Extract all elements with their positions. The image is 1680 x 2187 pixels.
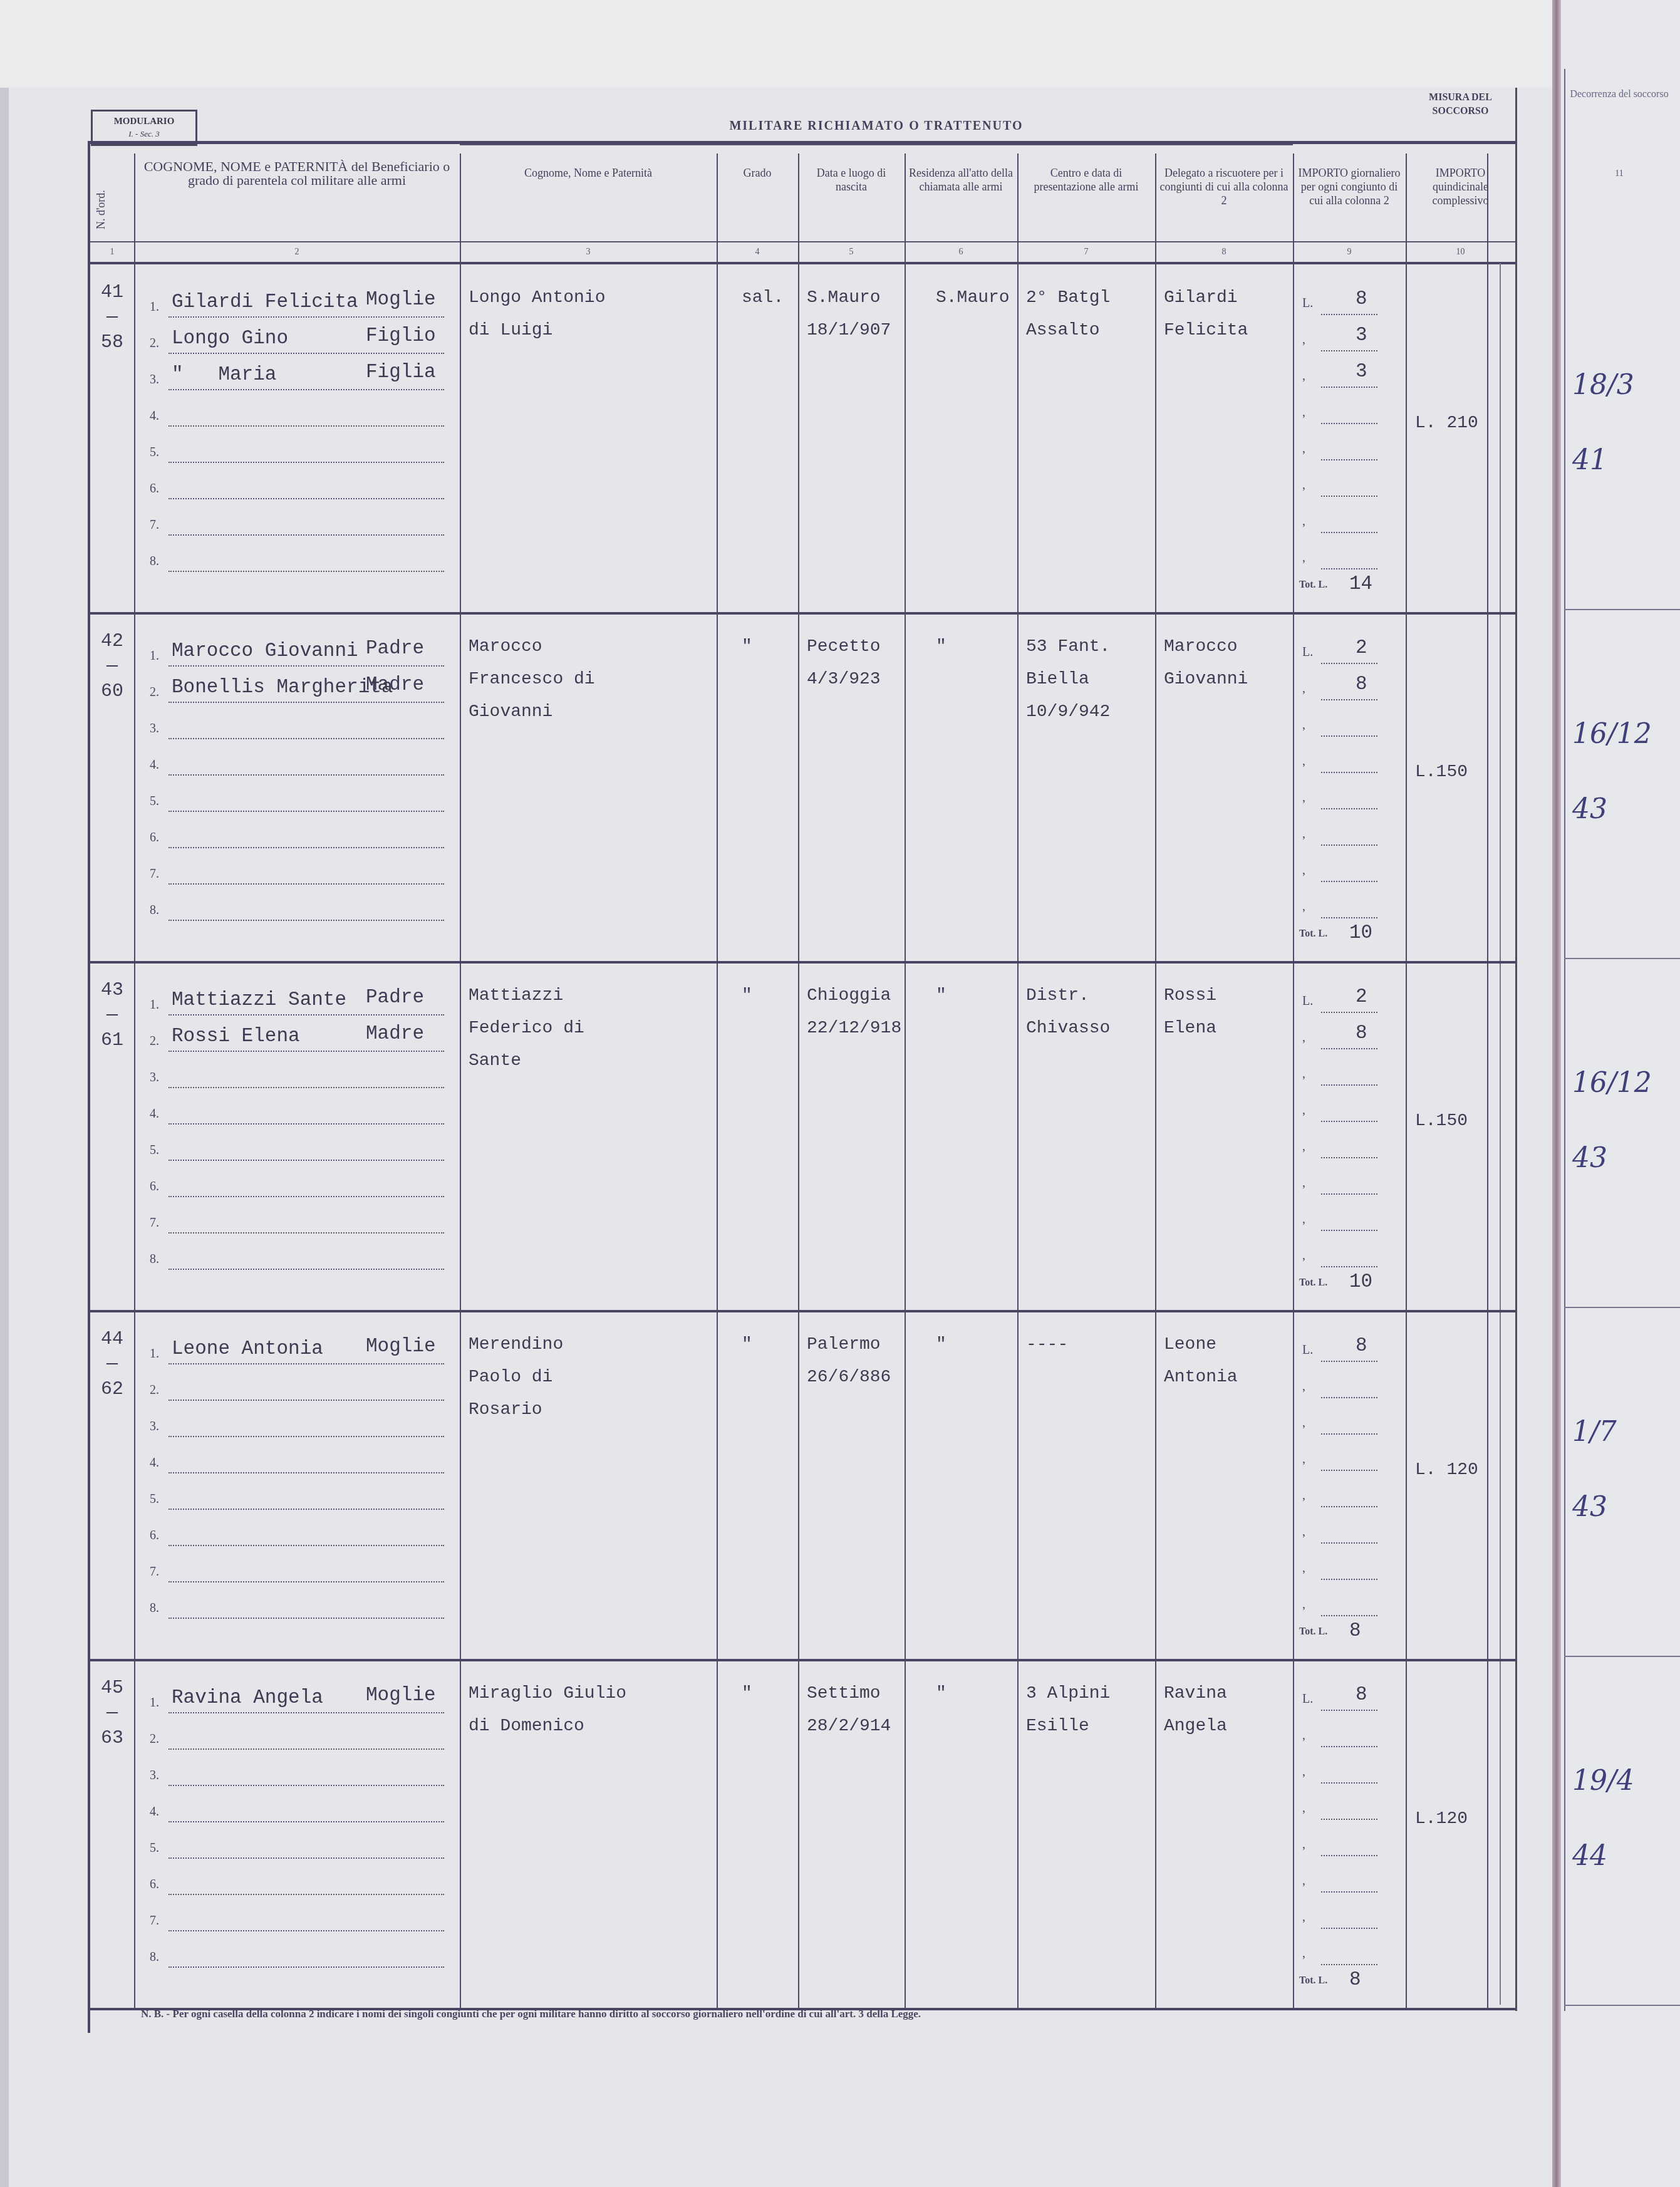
amount-line	[1321, 844, 1377, 846]
amount-line	[1321, 1048, 1377, 1049]
amount-bullet: ,	[1302, 1452, 1305, 1467]
record-dash: —	[93, 1354, 131, 1375]
column-number-1: 1	[90, 247, 134, 257]
beneficiary-line-number: 5.	[150, 1143, 159, 1158]
beneficiary-line	[169, 1472, 444, 1473]
amount-bullet: ,	[1302, 1801, 1305, 1816]
subcolumn-rule	[1500, 263, 1501, 2005]
amount-line	[1321, 423, 1377, 424]
daily-amount: 3	[1356, 325, 1367, 346]
daily-amount: 8	[1356, 1022, 1367, 1044]
beneficiary-line-number: 3.	[150, 722, 159, 736]
amount-bullet: ,	[1302, 442, 1305, 456]
beneficiary-name: Bonellis Margherita	[172, 677, 393, 699]
residence: S.Mauro	[936, 282, 1010, 314]
beneficiary-name: Gilardi Felicita	[172, 291, 358, 313]
beneficiary-line-number: 3.	[150, 1420, 159, 1434]
daily-total: 14	[1349, 573, 1372, 595]
amount-line	[1321, 808, 1377, 809]
delegate-name: Ravina Angela	[1164, 1678, 1227, 1743]
amount-bullet: ,	[1302, 1874, 1305, 1888]
amount-line	[1321, 1157, 1377, 1158]
beneficiary-name: Mattiazzi Sante	[172, 989, 346, 1011]
amount-bullet: L.	[1302, 1692, 1313, 1706]
amount-bullet: ,	[1302, 1176, 1305, 1190]
beneficiary-line	[169, 1232, 444, 1234]
amount-bullet: ,	[1302, 1561, 1305, 1576]
beneficiary-line	[169, 1269, 444, 1270]
amount-bullet: ,	[1302, 1597, 1305, 1612]
footnote: N. B. - Per ogni casella della colonna 2…	[141, 2008, 921, 2020]
column-rule	[1406, 153, 1407, 2008]
amount-bullet: ,	[1302, 1488, 1305, 1503]
beneficiary-line-number: 1.	[150, 1696, 159, 1710]
amount-bullet: ,	[1302, 1946, 1305, 1961]
beneficiary-line	[169, 811, 444, 812]
amount-bullet: ,	[1302, 1728, 1305, 1743]
amount-line	[1321, 1012, 1377, 1013]
column-number-9: 9	[1293, 247, 1406, 257]
amount-line	[1321, 772, 1377, 773]
column-number-7: 7	[1017, 247, 1155, 257]
beneficiary-line	[169, 774, 444, 776]
beneficiary-line-number: 2.	[150, 336, 159, 351]
right-page-divider	[1564, 958, 1680, 959]
amount-bullet: ,	[1302, 1765, 1305, 1779]
amount-bullet: ,	[1302, 900, 1305, 914]
amount-line	[1321, 1361, 1377, 1362]
amount-bullet: ,	[1302, 682, 1305, 696]
amount-line	[1321, 1928, 1377, 1929]
column-rule	[460, 153, 461, 2008]
amount-bullet: L.	[1302, 1343, 1313, 1358]
amount-line	[1321, 496, 1377, 497]
beneficiary-line-number: 3.	[150, 373, 159, 387]
column-rule	[1293, 153, 1294, 2008]
delegate-name: Marocco Giovanni	[1164, 631, 1248, 696]
total-label: Tot. L.	[1299, 1975, 1327, 1987]
beneficiary-line-number: 8.	[150, 554, 159, 569]
beneficiary-line	[169, 1894, 444, 1895]
right-page-divider	[1564, 609, 1680, 610]
beneficiary-line	[169, 1857, 444, 1859]
beneficiary-name: Ravina Angela	[172, 1687, 323, 1709]
amount-bullet: ,	[1302, 718, 1305, 732]
beneficiary-line	[169, 1748, 444, 1750]
amount-line	[1321, 1433, 1377, 1435]
amount-line	[1321, 1230, 1377, 1231]
column-header-2: COGNOME, NOME e PATERNITÀ del Beneficiar…	[138, 160, 456, 247]
record-number: 44	[93, 1329, 131, 1350]
beneficiary-line-number: 2.	[150, 1732, 159, 1747]
amount-bullet: ,	[1302, 863, 1305, 878]
daily-total: 10	[1349, 922, 1372, 944]
amount-line	[1321, 1615, 1377, 1616]
residence: "	[936, 631, 946, 663]
amount-line	[1321, 1746, 1377, 1747]
record-sub-number: 60	[93, 681, 131, 702]
amount-bullet: ,	[1302, 1249, 1305, 1263]
start-date-handwritten: 16/12 43	[1572, 697, 1652, 847]
header-bottom-border	[90, 262, 1515, 264]
presentation-center: ----	[1026, 1329, 1068, 1361]
beneficiary-line-number: 8.	[150, 903, 159, 918]
beneficiary-line	[169, 665, 444, 667]
beneficiary-name: Marocco Giovanni	[172, 640, 358, 662]
column-header-1: N. d'ord.	[94, 166, 130, 254]
amount-bullet: ,	[1302, 1837, 1305, 1852]
form-code-title: MODULARIO	[93, 115, 195, 128]
start-date-handwritten: 18/3 41	[1572, 348, 1634, 498]
beneficiary-line	[169, 1966, 444, 1968]
beneficiary-line-number: 2.	[150, 1383, 159, 1398]
birth-date-place: Pecetto 4/3/923	[807, 631, 881, 696]
start-date-handwritten: 16/12 43	[1572, 1046, 1652, 1196]
delegate-name: Gilardi Felicita	[1164, 282, 1248, 347]
beneficiary-line	[169, 1509, 444, 1510]
militare-name: Merendino Paolo di Rosario	[469, 1329, 563, 1426]
record-dash: —	[93, 307, 131, 328]
delegate-name: Rossi Elena	[1164, 980, 1216, 1045]
beneficiary-name: " Maria	[172, 364, 276, 386]
amount-line	[1321, 699, 1377, 700]
amount-line	[1321, 1579, 1377, 1580]
record-divider	[90, 961, 1515, 964]
beneficiary-line-number: 6.	[150, 1878, 159, 1892]
beneficiary-line	[169, 534, 444, 536]
daily-amount: 2	[1356, 986, 1367, 1008]
amount-bullet: ,	[1302, 1212, 1305, 1227]
column-header-5: Data e luogo di nascita	[802, 166, 901, 254]
amount-bullet: ,	[1302, 551, 1305, 565]
amount-bullet: ,	[1302, 1416, 1305, 1430]
column-number-4: 4	[717, 247, 798, 257]
militare-name: Mattiazzi Federico di Sante	[469, 980, 584, 1078]
beneficiary-line-number: 7.	[150, 867, 159, 881]
amount-line	[1321, 350, 1377, 351]
amount-bullet: ,	[1302, 1031, 1305, 1045]
beneficiary-relation: Madre	[366, 1023, 424, 1045]
daily-amount: 3	[1356, 361, 1367, 383]
beneficiary-line	[169, 1014, 444, 1016]
amount-bullet: ,	[1302, 1379, 1305, 1394]
amount-line	[1321, 314, 1377, 315]
amount-bullet: ,	[1302, 1525, 1305, 1539]
beneficiary-line	[169, 1123, 444, 1125]
group-header-militare: MILITARE RICHIAMATO O TRATTENUTO	[460, 119, 1293, 133]
amount-bullet: ,	[1302, 405, 1305, 420]
amount-line	[1321, 1964, 1377, 1965]
beneficiary-relation: Figlia	[366, 361, 436, 383]
beneficiary-line-number: 1.	[150, 300, 159, 314]
beneficiary-line-number: 7.	[150, 1914, 159, 1928]
beneficiary-line	[169, 425, 444, 427]
column-header-4: Grado	[720, 166, 794, 254]
group-header-misura: MISURA DEL SOCCORSO	[1406, 91, 1515, 118]
column-header-9: IMPORTO giornaliero per ogni congiunto d…	[1297, 166, 1402, 254]
amount-bullet: ,	[1302, 369, 1305, 383]
record-divider	[90, 1310, 1515, 1312]
record-divider	[90, 612, 1515, 615]
beneficiary-line-number: 7.	[150, 1216, 159, 1230]
militare-name: Marocco Francesco di Giovanni	[469, 631, 595, 729]
presentation-center: 3 Alpini Esille	[1026, 1678, 1110, 1743]
beneficiary-line-number: 5.	[150, 794, 159, 809]
daily-amount: 8	[1356, 673, 1367, 695]
amount-line	[1321, 532, 1377, 533]
beneficiary-line	[169, 462, 444, 463]
amount-line	[1321, 1470, 1377, 1471]
fortnightly-amount: L. 210	[1415, 413, 1478, 433]
daily-total: 8	[1349, 1969, 1361, 1991]
amount-line	[1321, 663, 1377, 664]
amount-bullet: ,	[1302, 827, 1305, 841]
amount-bullet: ,	[1302, 478, 1305, 492]
daily-amount: 2	[1356, 637, 1367, 659]
beneficiary-line	[169, 1436, 444, 1437]
header-divider	[90, 241, 1515, 242]
amount-line	[1321, 387, 1377, 388]
beneficiary-line-number: 4.	[150, 1456, 159, 1470]
birth-date-place: Settimo 28/2/914	[807, 1678, 891, 1743]
daily-total: 10	[1349, 1271, 1372, 1293]
record-number: 43	[93, 980, 131, 1001]
beneficiary-line	[169, 738, 444, 739]
grado: "	[742, 1678, 752, 1710]
beneficiary-line-number: 6.	[150, 831, 159, 845]
record-dash: —	[93, 1703, 131, 1724]
column-number-5: 5	[798, 247, 905, 257]
beneficiary-name: Rossi Elena	[172, 1026, 300, 1047]
beneficiary-line	[169, 1712, 444, 1713]
right-page-divider	[1564, 1307, 1680, 1308]
beneficiary-line-number: 4.	[150, 758, 159, 772]
presentation-center: 2° Batgl Assalto	[1026, 282, 1110, 347]
grado: "	[742, 631, 752, 663]
total-label: Tot. L.	[1299, 579, 1327, 591]
beneficiary-line	[169, 353, 444, 354]
amount-line	[1321, 735, 1377, 737]
grado: sal.	[742, 282, 784, 314]
amount-line	[1321, 1819, 1377, 1820]
daily-amount: 8	[1356, 1335, 1367, 1357]
column-number-2: 2	[134, 247, 460, 257]
birth-date-place: Palermo 26/6/886	[807, 1329, 891, 1394]
fortnightly-amount: L.150	[1415, 1111, 1468, 1131]
right-page-divider	[1564, 1656, 1680, 1657]
amount-bullet: L.	[1302, 994, 1313, 1009]
amount-bullet: ,	[1302, 514, 1305, 529]
record-dash: —	[93, 1005, 131, 1026]
total-label: Tot. L.	[1299, 928, 1327, 940]
birth-date-place: Chioggia 22/12/918	[807, 980, 901, 1045]
amount-line	[1321, 568, 1377, 569]
column-number-10: 10	[1406, 247, 1515, 257]
beneficiary-line	[169, 1821, 444, 1822]
beneficiary-line	[169, 1930, 444, 1931]
beneficiary-line-number: 5.	[150, 1841, 159, 1856]
beneficiary-line	[169, 498, 444, 499]
beneficiary-line-number: 7.	[150, 1565, 159, 1579]
record-dash: —	[93, 656, 131, 677]
delegate-name: Leone Antonia	[1164, 1329, 1238, 1394]
beneficiary-line	[169, 571, 444, 572]
column-number-8: 8	[1155, 247, 1293, 257]
amount-bullet: L.	[1302, 296, 1313, 311]
column-rule	[1487, 153, 1488, 2008]
beneficiary-line	[169, 1785, 444, 1786]
beneficiary-line-number: 8.	[150, 1601, 159, 1616]
amount-line	[1321, 1506, 1377, 1507]
residence: "	[936, 1678, 946, 1710]
column-rule	[1155, 153, 1156, 2008]
amount-line	[1321, 1266, 1377, 1267]
beneficiary-line	[169, 1581, 444, 1582]
beneficiary-line-number: 6.	[150, 482, 159, 496]
amount-bullet: ,	[1302, 1067, 1305, 1081]
relief-register-table: MILITARE RICHIAMATO O TRATTENUTOMISURA D…	[88, 141, 1516, 2033]
beneficiary-relation: Moglie	[366, 1336, 436, 1358]
amount-bullet: L.	[1302, 645, 1313, 660]
beneficiary-name: Longo Gino	[172, 328, 288, 350]
column-header-3: Cognome, Nome e Paternità	[464, 166, 713, 254]
amount-line	[1321, 1121, 1377, 1122]
table-right-border	[1515, 88, 1517, 2011]
start-date-handwritten: 1/7 43	[1572, 1395, 1617, 1545]
beneficiary-line	[169, 316, 444, 318]
daily-amount: 8	[1356, 1684, 1367, 1706]
beneficiary-line-number: 6.	[150, 1529, 159, 1543]
column-number-6: 6	[905, 247, 1017, 257]
beneficiary-line	[169, 847, 444, 848]
amount-line	[1321, 917, 1377, 918]
beneficiary-line-number: 6.	[150, 1180, 159, 1194]
beneficiary-line	[169, 1087, 444, 1088]
beneficiary-line-number: 5.	[150, 445, 159, 460]
birth-date-place: S.Mauro 18/1/907	[807, 282, 891, 347]
column-header-8: Delegato a riscuotere per i congiunti di…	[1159, 166, 1289, 254]
fortnightly-amount: L. 120	[1415, 1460, 1478, 1480]
column-header-11: Decorrenza del soccorso	[1566, 88, 1672, 101]
amount-bullet: ,	[1302, 1140, 1305, 1154]
beneficiary-relation: Padre	[366, 987, 424, 1009]
beneficiary-line	[169, 389, 444, 390]
amount-line	[1321, 1710, 1377, 1711]
amount-bullet: ,	[1302, 1103, 1305, 1118]
total-label: Tot. L.	[1299, 1626, 1327, 1638]
beneficiary-line	[169, 702, 444, 703]
column-number-11: 11	[1566, 169, 1672, 179]
presentation-center: Distr. Chivasso	[1026, 980, 1110, 1045]
amount-line	[1321, 1084, 1377, 1086]
amount-bullet: ,	[1302, 333, 1305, 347]
group-divider	[460, 144, 1293, 145]
beneficiary-line-number: 7.	[150, 518, 159, 532]
presentation-center: 53 Fant. Biella 10/9/942	[1026, 631, 1110, 729]
fortnightly-amount: L.120	[1415, 1809, 1468, 1829]
beneficiary-line	[169, 1196, 444, 1197]
grado: "	[742, 1329, 752, 1361]
beneficiary-line-number: 4.	[150, 1107, 159, 1121]
record-sub-number: 58	[93, 332, 131, 353]
residence: "	[936, 980, 946, 1012]
amount-line	[1321, 1397, 1377, 1398]
record-sub-number: 61	[93, 1030, 131, 1051]
beneficiary-line	[169, 1545, 444, 1546]
beneficiary-line	[169, 1618, 444, 1619]
beneficiary-relation: Padre	[366, 638, 424, 660]
beneficiary-line-number: 8.	[150, 1950, 159, 1965]
amount-line	[1321, 1891, 1377, 1893]
beneficiary-line	[169, 1160, 444, 1161]
beneficiary-line-number: 2.	[150, 1034, 159, 1049]
militare-name: Longo Antonio di Luigi	[469, 282, 605, 347]
amount-line	[1321, 459, 1377, 460]
beneficiary-line	[169, 1363, 444, 1364]
record-sub-number: 62	[93, 1379, 131, 1400]
beneficiary-line-number: 1.	[150, 1347, 159, 1361]
column-rule	[134, 153, 135, 2008]
amount-bullet: ,	[1302, 754, 1305, 769]
column-header-6: Residenza all'atto della chiamata alle a…	[908, 166, 1014, 254]
beneficiary-line	[169, 1051, 444, 1052]
beneficiary-line-number: 8.	[150, 1252, 159, 1267]
column-rule	[1017, 153, 1019, 2008]
beneficiary-relation: Moglie	[366, 1685, 436, 1706]
amount-line	[1321, 1193, 1377, 1195]
start-date-handwritten: 19/4 44	[1572, 1743, 1634, 1894]
record-sub-number: 63	[93, 1728, 131, 1749]
right-page-rule	[1564, 69, 1565, 2011]
amount-line	[1321, 1542, 1377, 1544]
amount-line	[1321, 1782, 1377, 1784]
book-gutter	[1552, 0, 1561, 2187]
total-label: Tot. L.	[1299, 1277, 1327, 1289]
record-number: 41	[93, 282, 131, 303]
column-rule	[798, 153, 799, 2008]
daily-amount: 8	[1356, 288, 1367, 310]
beneficiary-line-number: 3.	[150, 1071, 159, 1085]
column-rule	[717, 153, 718, 2008]
daily-total: 8	[1349, 1620, 1361, 1642]
militare-name: Miraglio Giulio di Domenico	[469, 1678, 626, 1743]
column-rule	[905, 153, 906, 2008]
column-header-10: IMPORTO quindicinale complessivo	[1409, 166, 1511, 254]
beneficiary-line-number: 5.	[150, 1492, 159, 1507]
amount-bullet: ,	[1302, 791, 1305, 805]
column-number-3: 3	[460, 247, 717, 257]
fortnightly-amount: L.150	[1415, 762, 1468, 782]
beneficiary-line	[169, 1400, 444, 1401]
record-number: 42	[93, 631, 131, 652]
beneficiary-relation: Moglie	[366, 289, 436, 311]
beneficiary-line	[169, 883, 444, 885]
beneficiary-relation: Madre	[366, 674, 424, 696]
record-number: 45	[93, 1678, 131, 1699]
beneficiary-line-number: 4.	[150, 1805, 159, 1819]
beneficiary-line-number: 1.	[150, 649, 159, 663]
amount-bullet: ,	[1302, 1910, 1305, 1925]
page-background-top	[0, 0, 1553, 94]
record-divider	[90, 1659, 1515, 1661]
grado: "	[742, 980, 752, 1012]
amount-line	[1321, 1855, 1377, 1856]
form-code-section: I. - Sec. 3	[93, 128, 195, 140]
amount-line	[1321, 881, 1377, 882]
beneficiary-relation: Figlio	[366, 325, 436, 347]
right-page-divider	[1564, 2005, 1680, 2006]
beneficiary-line-number: 2.	[150, 685, 159, 700]
